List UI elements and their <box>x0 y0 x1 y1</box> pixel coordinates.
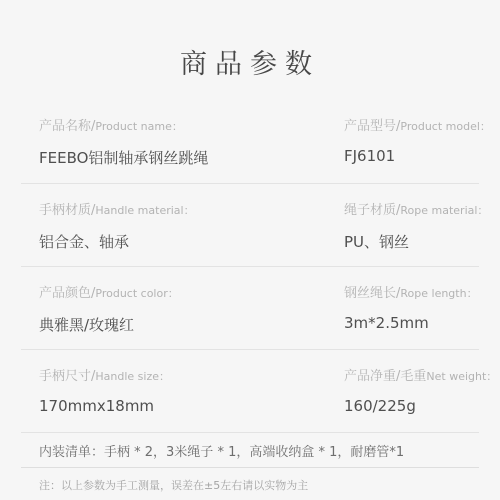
spec-label: 绳子材质/Rope material： <box>344 204 488 218</box>
spec-label: 产品颜色/Product color： <box>39 287 326 301</box>
spec-cell-rope-length: 钢丝绳长/Rope length： 3m*2.5mm <box>326 267 479 349</box>
spec-value: FEEBO铝制轴承钢丝跳绳 <box>39 147 326 168</box>
spec-label-en: Handle material： <box>95 204 194 217</box>
spec-cell-product-color: 产品颜色/Product color： 典雅黑/玫瑰红 <box>21 267 326 349</box>
spec-label: 产品净重/毛重Net weight： <box>344 370 497 384</box>
spec-label: 手柄材质/Handle material： <box>39 204 326 218</box>
spec-label-en: Product model： <box>400 120 491 133</box>
spec-label-zh: 产品名称/ <box>39 119 95 134</box>
spec-label-en: Net weight： <box>426 370 497 383</box>
spec-value: 典雅黑/玫瑰红 <box>39 314 326 335</box>
spec-label-en: Product name： <box>95 120 182 133</box>
spec-label: 产品名称/Product name： <box>39 120 326 134</box>
spec-label-zh: 手柄材质/ <box>39 203 95 218</box>
spec-label: 手柄尺寸/Handle size： <box>39 370 326 384</box>
spec-value: PU、钢丝 <box>344 231 488 252</box>
spec-value: 170mmx18mm <box>39 397 326 415</box>
spec-value: 160/225g <box>344 397 497 415</box>
spec-value: 铝合金、轴承 <box>39 231 326 252</box>
spec-cell-rope-material: 绳子材质/Rope material： PU、钢丝 <box>326 184 488 266</box>
table-row: 产品颜色/Product color： 典雅黑/玫瑰红 钢丝绳长/Rope le… <box>21 266 479 349</box>
product-spec-sheet: 商品参数 产品名称/Product name： FEEBO铝制轴承钢丝跳绳 产品… <box>0 0 500 500</box>
spec-label-en: Handle size： <box>95 370 170 383</box>
header: 商品参数 <box>0 0 500 100</box>
spec-label-zh: 手柄尺寸/ <box>39 369 95 384</box>
spec-cell-handle-size: 手柄尺寸/Handle size： 170mmx18mm <box>21 350 326 432</box>
spec-value: 3m*2.5mm <box>344 314 479 332</box>
spec-label-zh: 绳子材质/ <box>344 203 400 218</box>
measurement-note: 注：以上参数为手工测量，误差在±5左右请以实物为主 <box>21 467 479 500</box>
table-row: 手柄材质/Handle material： 铝合金、轴承 绳子材质/Rope m… <box>21 183 479 266</box>
spec-label-en: Rope material： <box>400 204 488 217</box>
spec-cell-product-model: 产品型号/Product model： FJ6101 <box>326 100 491 183</box>
spec-table: 产品名称/Product name： FEEBO铝制轴承钢丝跳绳 产品型号/Pr… <box>21 100 479 432</box>
spec-label-zh: 产品颜色/ <box>39 286 95 301</box>
spec-label-en: Product color： <box>95 287 178 300</box>
spec-label-zh: 产品型号/ <box>344 119 400 134</box>
spec-cell-handle-material: 手柄材质/Handle material： 铝合金、轴承 <box>21 184 326 266</box>
spec-label-zh: 产品净重/毛重 <box>344 369 426 384</box>
spec-label-en: Rope length： <box>400 287 477 300</box>
spec-cell-net-weight: 产品净重/毛重Net weight： 160/225g <box>326 350 497 432</box>
page-title: 商品参数 <box>180 51 320 78</box>
spec-label-zh: 钢丝绳长/ <box>344 286 400 301</box>
table-row: 产品名称/Product name： FEEBO铝制轴承钢丝跳绳 产品型号/Pr… <box>21 100 479 183</box>
spec-value: FJ6101 <box>344 147 491 165</box>
package-list: 内装清单：手柄 * 2，3米绳子 * 1，高端收纳盒 * 1，耐磨管*1 <box>21 432 479 467</box>
table-row: 手柄尺寸/Handle size： 170mmx18mm 产品净重/毛重Net … <box>21 349 479 432</box>
spec-label: 产品型号/Product model： <box>344 120 491 134</box>
spec-cell-product-name: 产品名称/Product name： FEEBO铝制轴承钢丝跳绳 <box>21 100 326 183</box>
spec-label: 钢丝绳长/Rope length： <box>344 287 479 301</box>
